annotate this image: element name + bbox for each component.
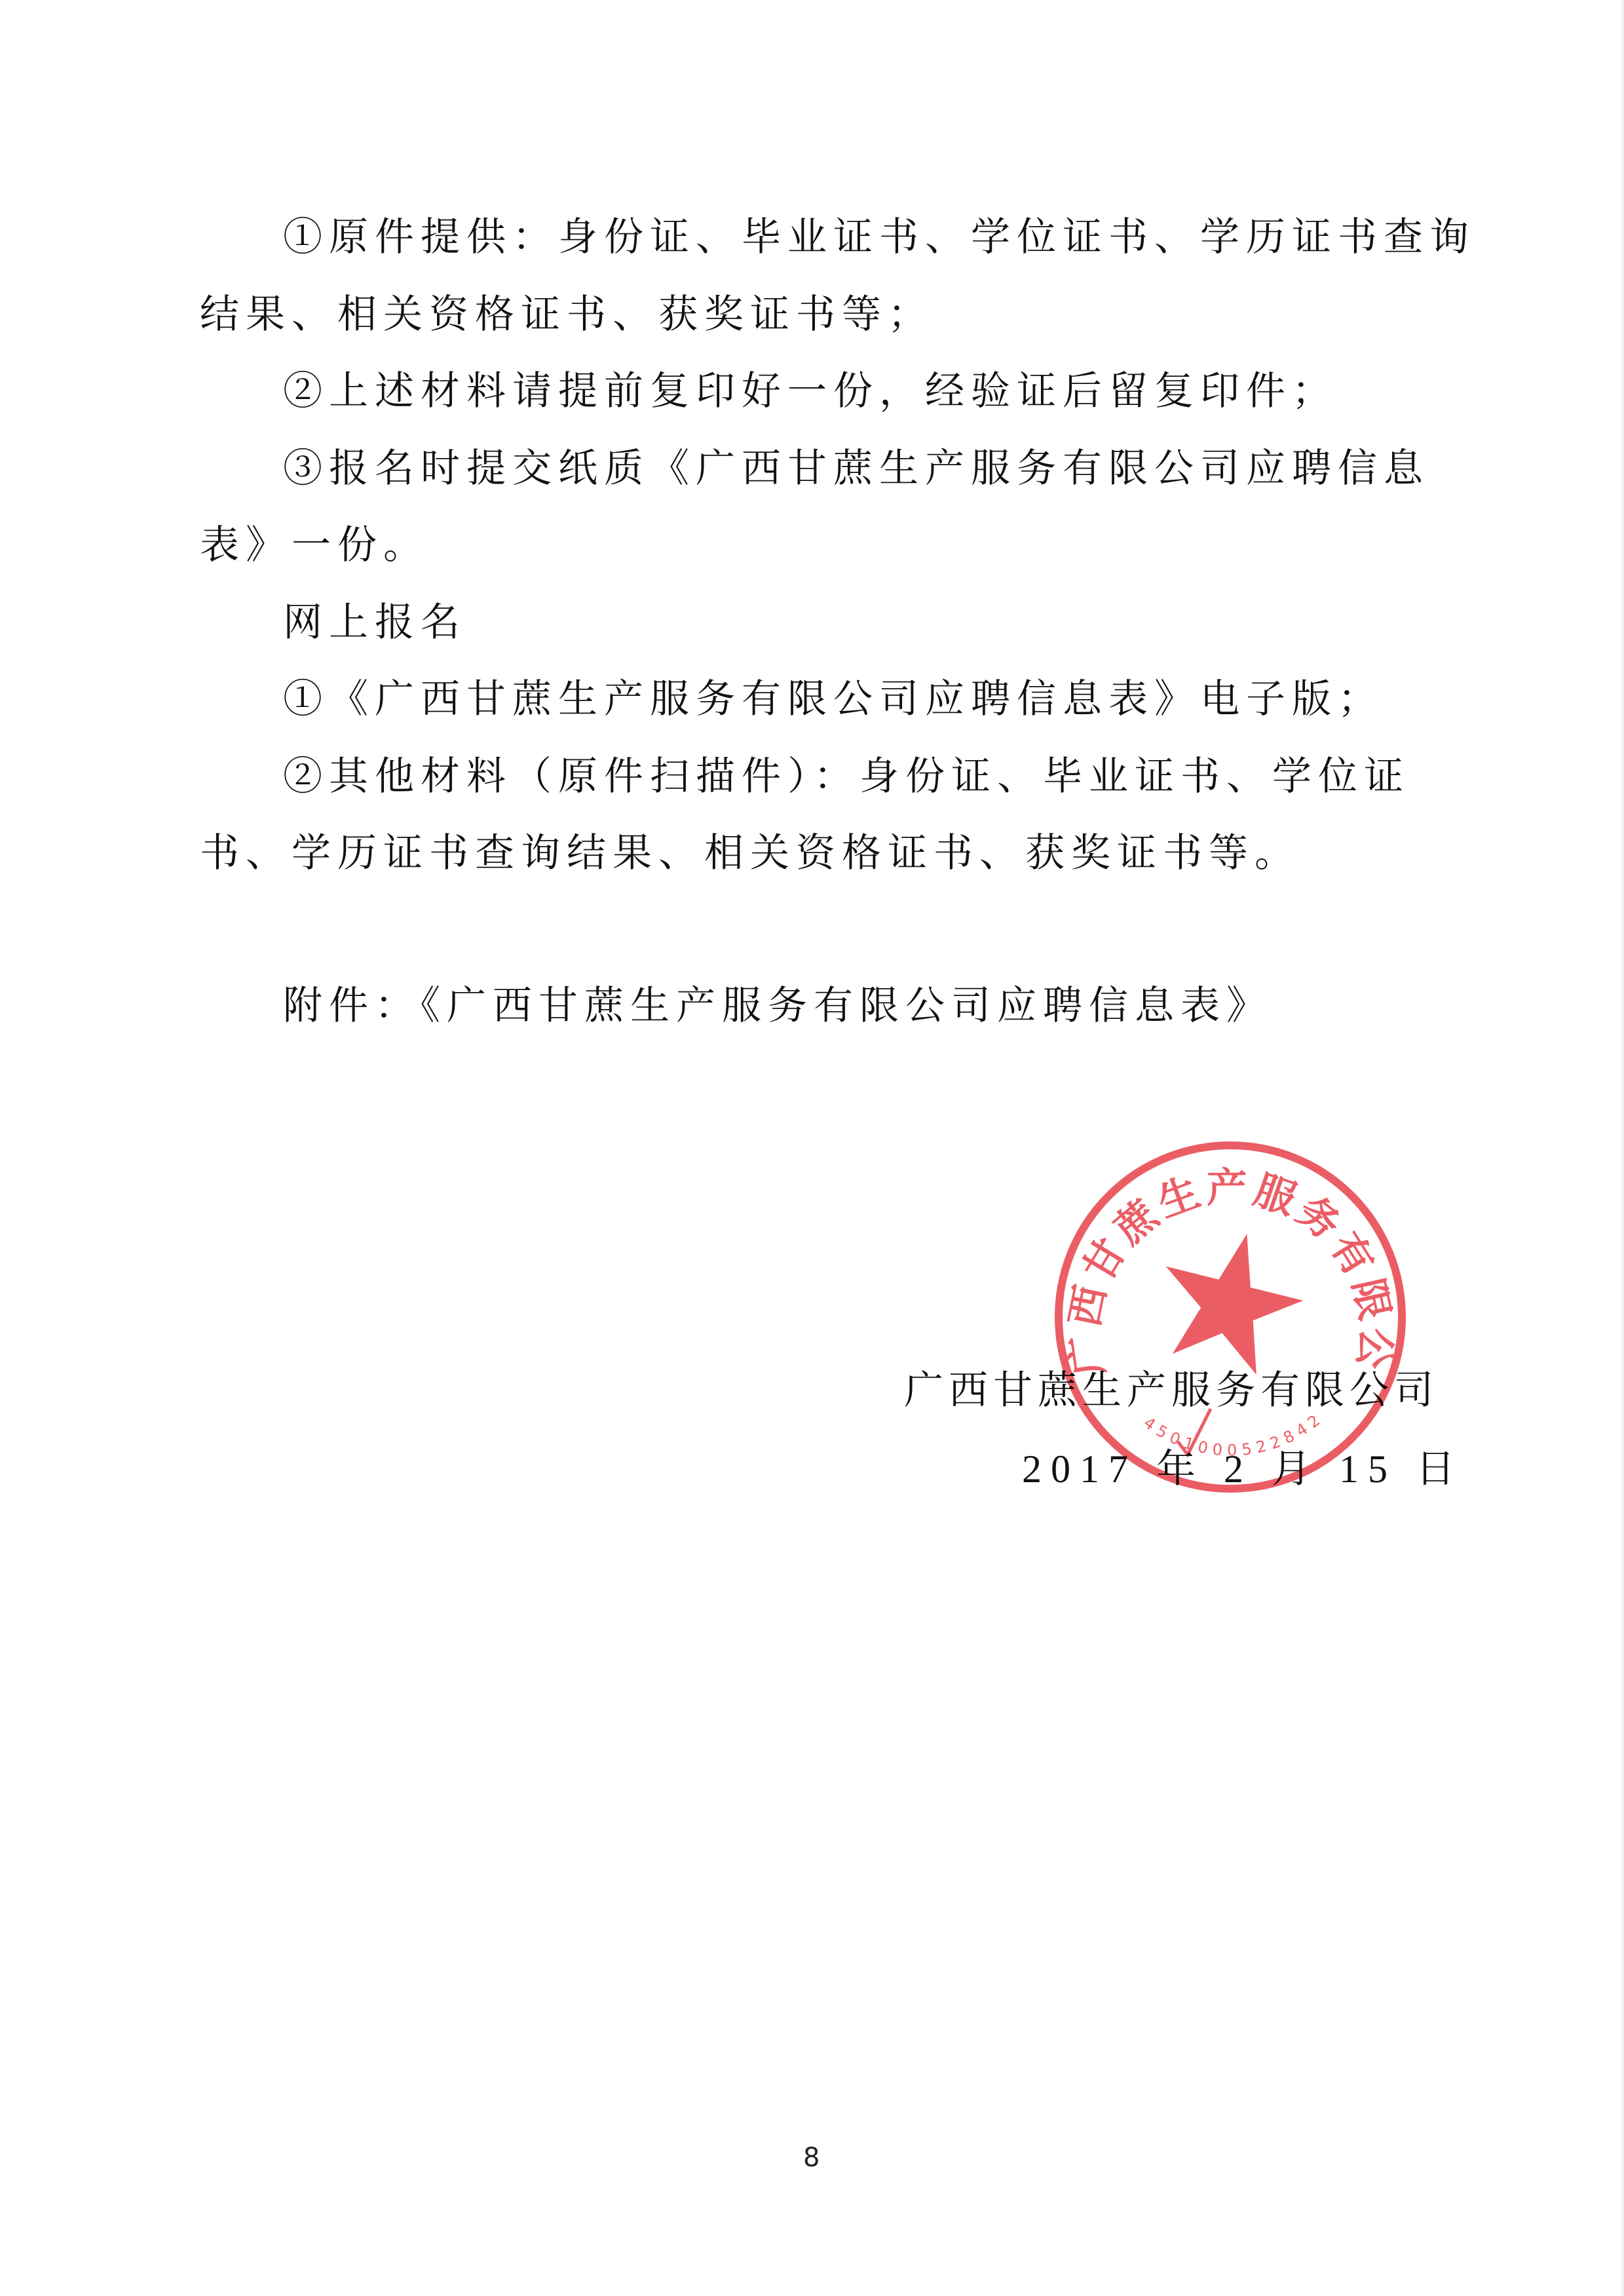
paragraph-original-docs-line2: 结果、相关资格证书、获奖证书等； [200, 288, 934, 341]
document-page: ①原件提供：身份证、毕业证书、学位证书、学历证书查询 结果、相关资格证书、获奖证… [0, 0, 1624, 2296]
paragraph-paper-form-line2: 表》一份。 [200, 519, 429, 571]
paragraph-paper-form-line1: ③报名时提交纸质《广西甘蔗生产服务有限公司应聘信息 [283, 442, 1429, 495]
svg-text:广西甘蔗生产服务有限公司: 广西甘蔗生产服务有限公司 [1047, 1134, 1401, 1379]
attachment-note: 附件：《广西甘蔗生产服务有限公司应聘信息表》 [283, 980, 1272, 1032]
page-number: 8 [803, 2141, 820, 2174]
paragraph-online-scans-line2: 书、学历证书查询结果、相关资格证书、获奖证书等。 [200, 827, 1300, 879]
paragraph-online-form: ①《广西甘蔗生产服务有限公司应聘信息表》电子版； [283, 673, 1384, 725]
paragraph-online-scans-line1: ②其他材料（原件扫描件）：身份证、毕业证书、学位证 [283, 750, 1410, 803]
svg-text:4501000522842: 4501000522842 [1141, 1408, 1328, 1460]
paragraph-copies: ②上述材料请提前复印好一份，经验证后留复印件； [283, 365, 1338, 417]
online-registration-heading: 网上报名 [283, 596, 466, 649]
company-seal-icon: 广西甘蔗生产服务有限公司 4501000522842 [1047, 1134, 1414, 1501]
paragraph-original-docs-line1: ①原件提供：身份证、毕业证书、学位证书、学历证书查询 [283, 211, 1475, 263]
scan-edge [1622, 0, 1623, 2296]
